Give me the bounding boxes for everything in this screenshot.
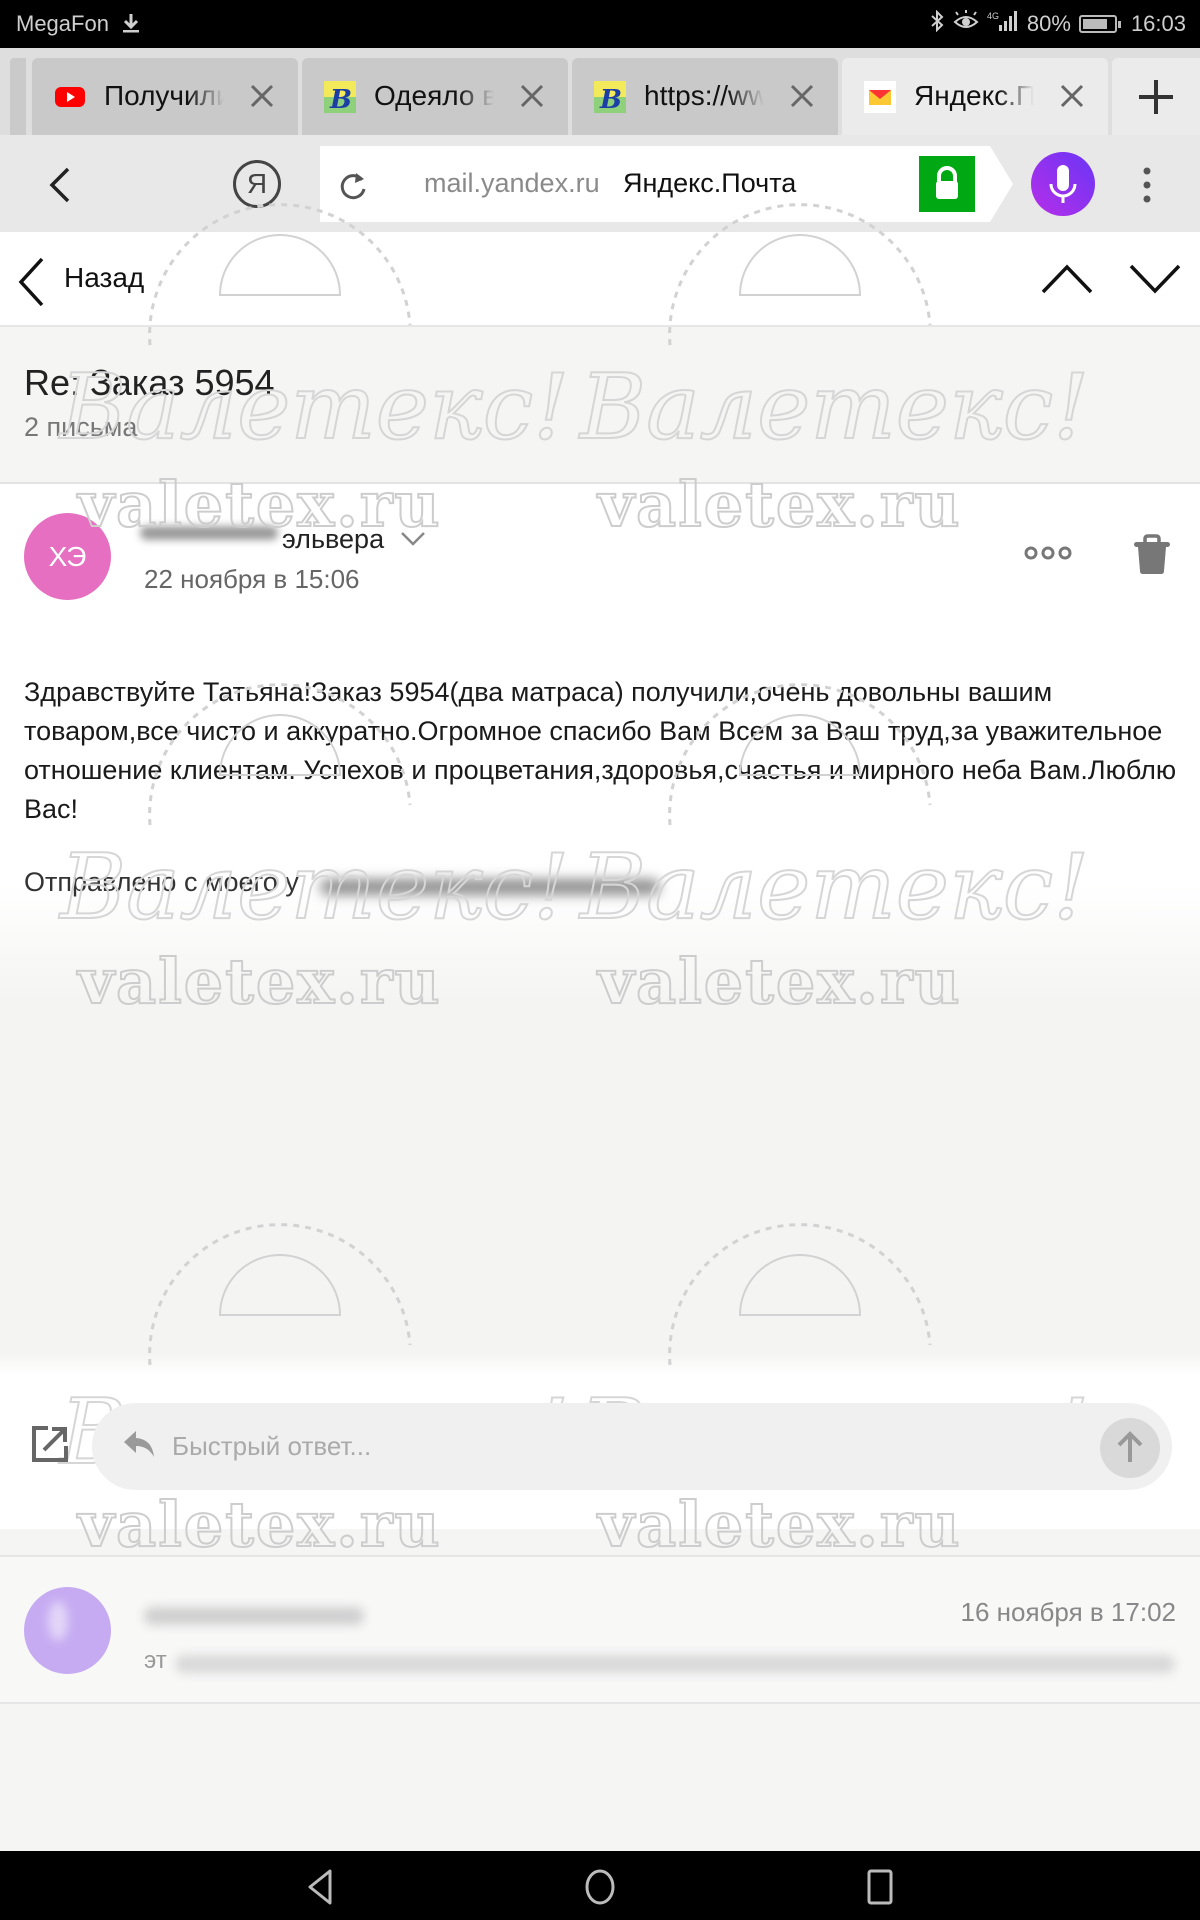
download-icon — [121, 12, 141, 34]
message-body: Здравствуйте Татьяна!Заказ 5954(два матр… — [24, 673, 1184, 829]
browser-menu-icon[interactable] — [1137, 165, 1157, 209]
more-options-icon[interactable] — [1023, 544, 1073, 562]
battery-fill — [1083, 19, 1107, 29]
tab-valetex-2[interactable]: B https://ww — [572, 58, 838, 135]
redacted-snippet — [175, 1655, 1175, 1673]
android-nav-bar — [0, 1851, 1200, 1920]
tab-yandex-mail[interactable]: Яндекс.По — [842, 58, 1108, 135]
next-message-icon[interactable] — [1128, 262, 1182, 296]
tab-title: Яндекс.По — [914, 80, 1034, 112]
close-tab-icon[interactable] — [1056, 80, 1088, 112]
hidden-tabs-edge[interactable] — [10, 58, 26, 135]
tab-youtube[interactable]: Получили — [32, 58, 298, 135]
eye-comfort-icon — [953, 10, 979, 38]
lock-icon — [919, 156, 975, 212]
sender-name[interactable]: эльвера — [282, 524, 384, 555]
redacted-signature — [320, 879, 660, 895]
back-button[interactable]: Назад — [0, 232, 180, 327]
arrow-up-icon — [1100, 1418, 1160, 1478]
yandex-button[interactable]: Я — [233, 160, 281, 208]
browser-toolbar: Я mail.yandex.ru Яндекс.Почта — [0, 135, 1200, 232]
send-button[interactable] — [1100, 1418, 1160, 1478]
tab-title: https://ww — [644, 80, 764, 112]
plus-icon — [1112, 58, 1200, 135]
chevron-left-icon — [17, 256, 45, 308]
quick-reply-box — [92, 1403, 1172, 1490]
signal-icon: 4G — [987, 10, 1019, 38]
close-tab-icon[interactable] — [516, 80, 548, 112]
redacted-sender-name — [144, 1607, 364, 1625]
tab-title: Получили — [104, 80, 224, 112]
valetex-icon: B — [594, 81, 626, 113]
expand-details-icon[interactable] — [399, 530, 427, 548]
redacted-avatar-content — [48, 1601, 68, 1641]
microphone-icon — [1031, 152, 1095, 216]
secure-connection-badge[interactable] — [919, 156, 975, 212]
address-bar[interactable]: mail.yandex.ru Яндекс.Почта — [320, 146, 1013, 222]
sender-avatar[interactable]: ХЭ — [24, 513, 111, 600]
trash-icon[interactable] — [1133, 534, 1171, 574]
thread-subject: Re: Заказ 5954 — [24, 362, 275, 404]
reload-icon[interactable] — [336, 170, 370, 204]
quick-reply-input[interactable] — [172, 1417, 972, 1475]
reply-icon — [122, 1429, 158, 1459]
close-tab-icon[interactable] — [246, 80, 278, 112]
clock: 16:03 — [1131, 11, 1186, 37]
nav-home-icon[interactable] — [580, 1869, 620, 1905]
status-icons: 4G 80% 16:03 — [929, 10, 1186, 38]
svg-text:B: B — [599, 85, 622, 113]
message-date: 16 ноября в 17:02 — [960, 1597, 1176, 1628]
tab-title: Одеяло в — [374, 80, 494, 112]
nav-recents-icon[interactable] — [860, 1869, 900, 1905]
message-signature: Отправлено с моего у — [24, 867, 299, 898]
tab-strip: Получили B Одеяло в B https://ww Яндекс.… — [0, 48, 1200, 135]
previous-message-icon[interactable] — [1040, 262, 1094, 296]
collapsed-message[interactable]: 16 ноября в 17:02 эт — [0, 1555, 1200, 1704]
network-type: 4G — [987, 11, 999, 21]
message-date: 22 ноября в 15:06 — [144, 564, 360, 595]
battery-percent: 80% — [1027, 11, 1071, 37]
youtube-icon — [54, 81, 86, 113]
open-full-reply-icon[interactable] — [30, 1424, 70, 1464]
voice-search-button[interactable] — [1031, 152, 1095, 216]
browser-back-icon[interactable] — [46, 165, 74, 205]
close-tab-icon[interactable] — [786, 80, 818, 112]
tab-valetex-1[interactable]: B Одеяло в — [302, 58, 568, 135]
yandex-mail-icon — [864, 81, 896, 113]
new-tab-button[interactable] — [1112, 58, 1200, 135]
thread-message-count: 2 письма — [24, 412, 137, 443]
message-snippet: эт — [144, 1647, 167, 1675]
mail-header: Назад — [0, 232, 1200, 327]
message-card: ХЭ эльвера 22 ноября в 15:06 Здравствуйт… — [0, 484, 1200, 1529]
sender-avatar — [24, 1587, 111, 1674]
status-bar: MegaFon 4G 80% 16:03 — [0, 0, 1200, 48]
bluetooth-icon — [929, 10, 945, 38]
back-label: Назад — [64, 262, 144, 294]
svg-text:B: B — [329, 85, 352, 113]
url-domain: mail.yandex.ru — [424, 168, 600, 199]
nav-back-icon[interactable] — [300, 1869, 340, 1905]
valetex-icon: B — [324, 81, 356, 113]
redacted-sender-name — [140, 526, 278, 540]
thread-subject-block: Re: Заказ 5954 2 письма — [0, 327, 1200, 484]
page-title: Яндекс.Почта — [623, 168, 796, 199]
battery-icon — [1079, 15, 1117, 33]
carrier-name: MegaFon — [16, 11, 109, 37]
